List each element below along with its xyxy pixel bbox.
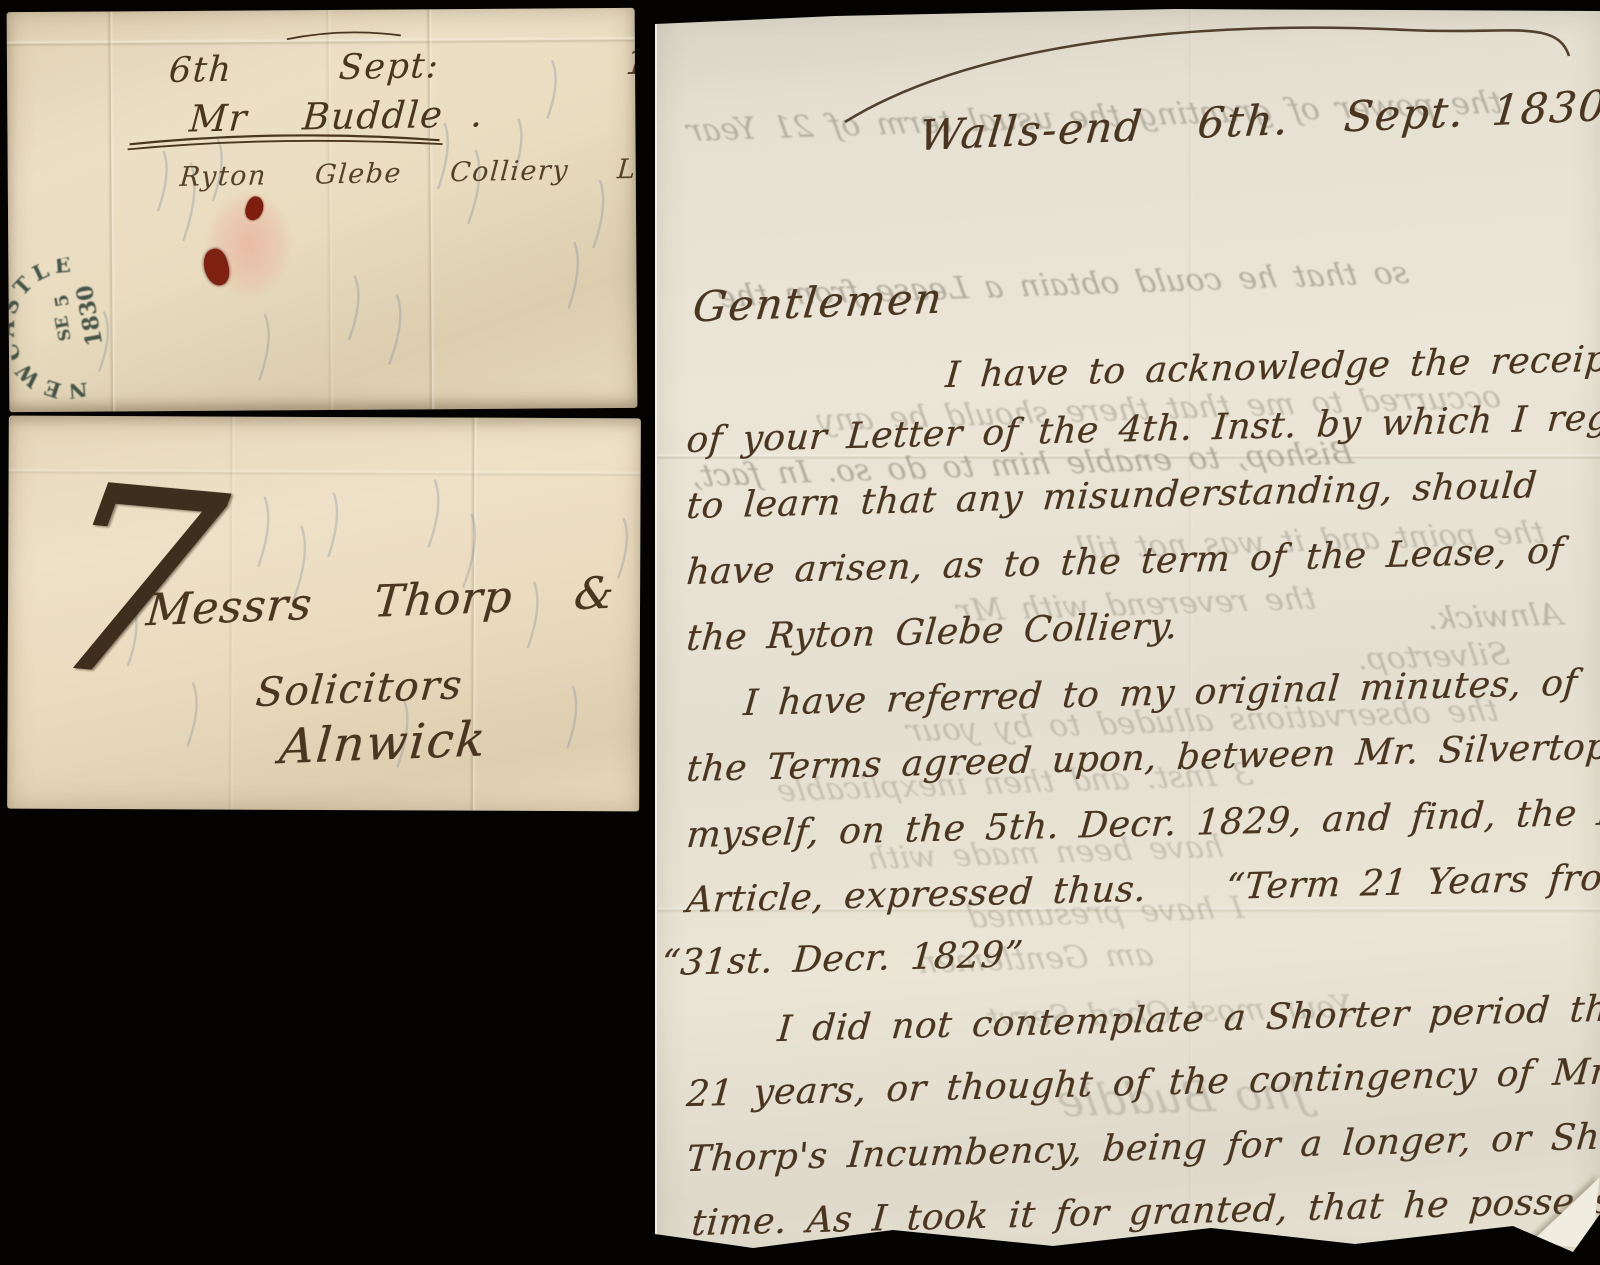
body-line: “31st. Decr. 1829” bbox=[660, 937, 1024, 982]
folded-corner bbox=[1530, 1171, 1599, 1249]
recipient-town: Alnwick bbox=[277, 715, 488, 771]
newcastle-postmark: NEWCASTLE. SE 5 1830 bbox=[7, 245, 159, 408]
body-line: I did not contemplate a Shorter period t… bbox=[776, 991, 1600, 1049]
docket-date: 6th Sept: 1830 bbox=[168, 44, 638, 89]
body-line: time. As I took it for granted, that he … bbox=[690, 1182, 1600, 1242]
address-panel: 7 Messrs Thorp & Dickson Solicitors Alnw… bbox=[7, 416, 641, 812]
letter-dateline: Walls-end 6th. Sept. 1830 bbox=[917, 85, 1600, 157]
body-line: I have to acknowledge the receipt bbox=[944, 341, 1600, 394]
postmark-year: 1830 bbox=[72, 283, 109, 348]
scanned-historic-letter-collage: 6th Sept: 1830 Mr Buddle . Ryton Glebe C… bbox=[0, 0, 1600, 1265]
docket-subject: Ryton Glebe Colliery Lease . bbox=[179, 154, 638, 191]
body-line: Thorp's Incumbency, being for a longer, … bbox=[685, 1117, 1600, 1178]
postmark-day: 5 bbox=[51, 293, 74, 309]
salutation: Gentlemen bbox=[691, 278, 946, 329]
body-line: the Ryton Glebe Colliery. bbox=[685, 609, 1179, 657]
docket-addressee: Mr Buddle . bbox=[188, 95, 485, 137]
bleedthrough-line: Alnwick. bbox=[1425, 600, 1565, 636]
recipient-title: Solicitors bbox=[254, 665, 464, 713]
letter-page: the power of granting the usual term of … bbox=[655, 6, 1600, 1260]
postmark-month: SE bbox=[52, 314, 76, 342]
letter-back-docket-panel: 6th Sept: 1830 Mr Buddle . Ryton Glebe C… bbox=[7, 8, 638, 412]
body-line: have arisen, as to the term of the Lease… bbox=[685, 534, 1565, 592]
